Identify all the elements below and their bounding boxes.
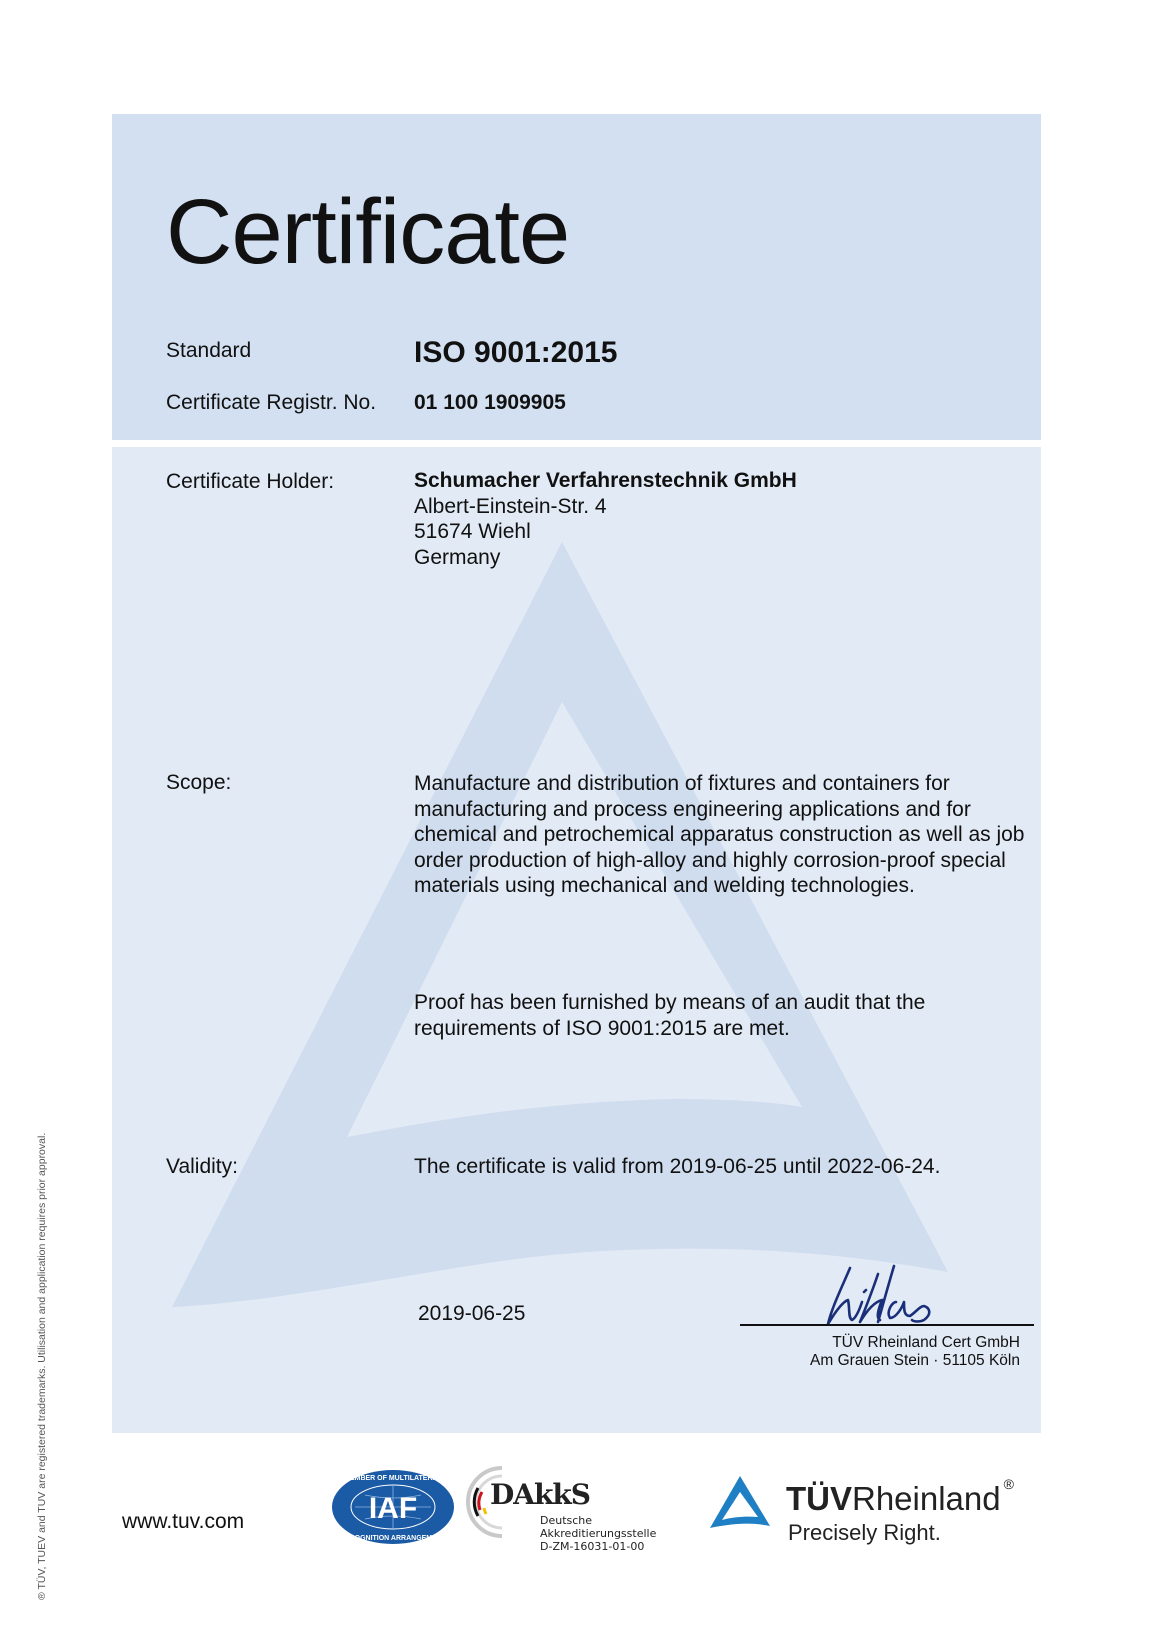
scope-line: order production of high-alloy and highl… [414,848,1025,874]
issue-date: 2019-06-25 [418,1302,525,1326]
svg-text:MEMBER OF MULTILATERAL: MEMBER OF MULTILATERAL [344,1475,442,1482]
signature-line [740,1324,1034,1326]
registration-label: Certificate Registr. No. [166,391,376,415]
holder-street: Albert-Einstein-Str. 4 [414,494,797,520]
tuv-tagline: Precisely Right. [788,1520,941,1546]
proof-line: Proof has been furnished by means of an … [414,990,925,1016]
holder-country: Germany [414,545,797,571]
registration-number: 01 100 1909905 [414,391,566,415]
signature-icon [820,1262,970,1330]
scope-text: Manufacture and distribution of fixtures… [414,771,1025,899]
tuv-triangle-logo-icon [708,1474,772,1530]
dakks-line: D-ZM-16031-01-00 [540,1540,656,1553]
scope-line: manufacturing and process engineering ap… [414,797,1025,823]
proof-statement: Proof has been furnished by means of an … [414,990,925,1041]
issuer-name: TÜV Rheinland Cert GmbH [810,1334,1020,1352]
iaf-logo-icon: IAF MEMBER OF MULTILATERAL RECOGNITION A… [330,1468,456,1546]
scope-line: materials using mechanical and welding t… [414,873,1025,899]
dakks-name: DAkkS [490,1478,590,1511]
tuv-rheinland-wordmark: TÜVRheinland® [786,1480,1014,1518]
dakks-details: Deutsche Akkreditierungsstelle D-ZM-1603… [540,1514,656,1553]
dakks-line: Akkreditierungsstelle [540,1527,656,1540]
issuer-address: Am Grauen Stein · 51105 Köln [810,1352,1020,1370]
validity-label: Validity: [166,1155,238,1179]
holder-address-block: Schumacher Verfahrenstechnik GmbH Albert… [414,468,797,570]
dakks-line: Deutsche [540,1514,656,1527]
holder-name: Schumacher Verfahrenstechnik GmbH [414,468,797,494]
certificate-title: Certificate [166,186,569,278]
scope-label: Scope: [166,771,231,795]
trademark-notice: ® TÜV, TUEV and TUV are registered trade… [36,1133,48,1600]
proof-line: requirements of ISO 9001:2015 are met. [414,1016,925,1042]
tuv-website-link[interactable]: www.tuv.com [122,1510,244,1534]
holder-city: 51674 Wiehl [414,519,797,545]
scope-line: Manufacture and distribution of fixtures… [414,771,1025,797]
svg-text:RECOGNITION ARRANGEMENT: RECOGNITION ARRANGEMENT [340,1535,447,1542]
holder-label: Certificate Holder: [166,470,334,494]
issuer-block: TÜV Rheinland Cert GmbH Am Grauen Stein … [810,1334,1020,1370]
scope-line: chemical and petrochemical apparatus con… [414,822,1025,848]
validity-text: The certificate is valid from 2019-06-25… [414,1155,940,1179]
standard-value: ISO 9001:2015 [414,336,617,370]
svg-text:IAF: IAF [369,1492,417,1525]
standard-label: Standard [166,339,251,363]
